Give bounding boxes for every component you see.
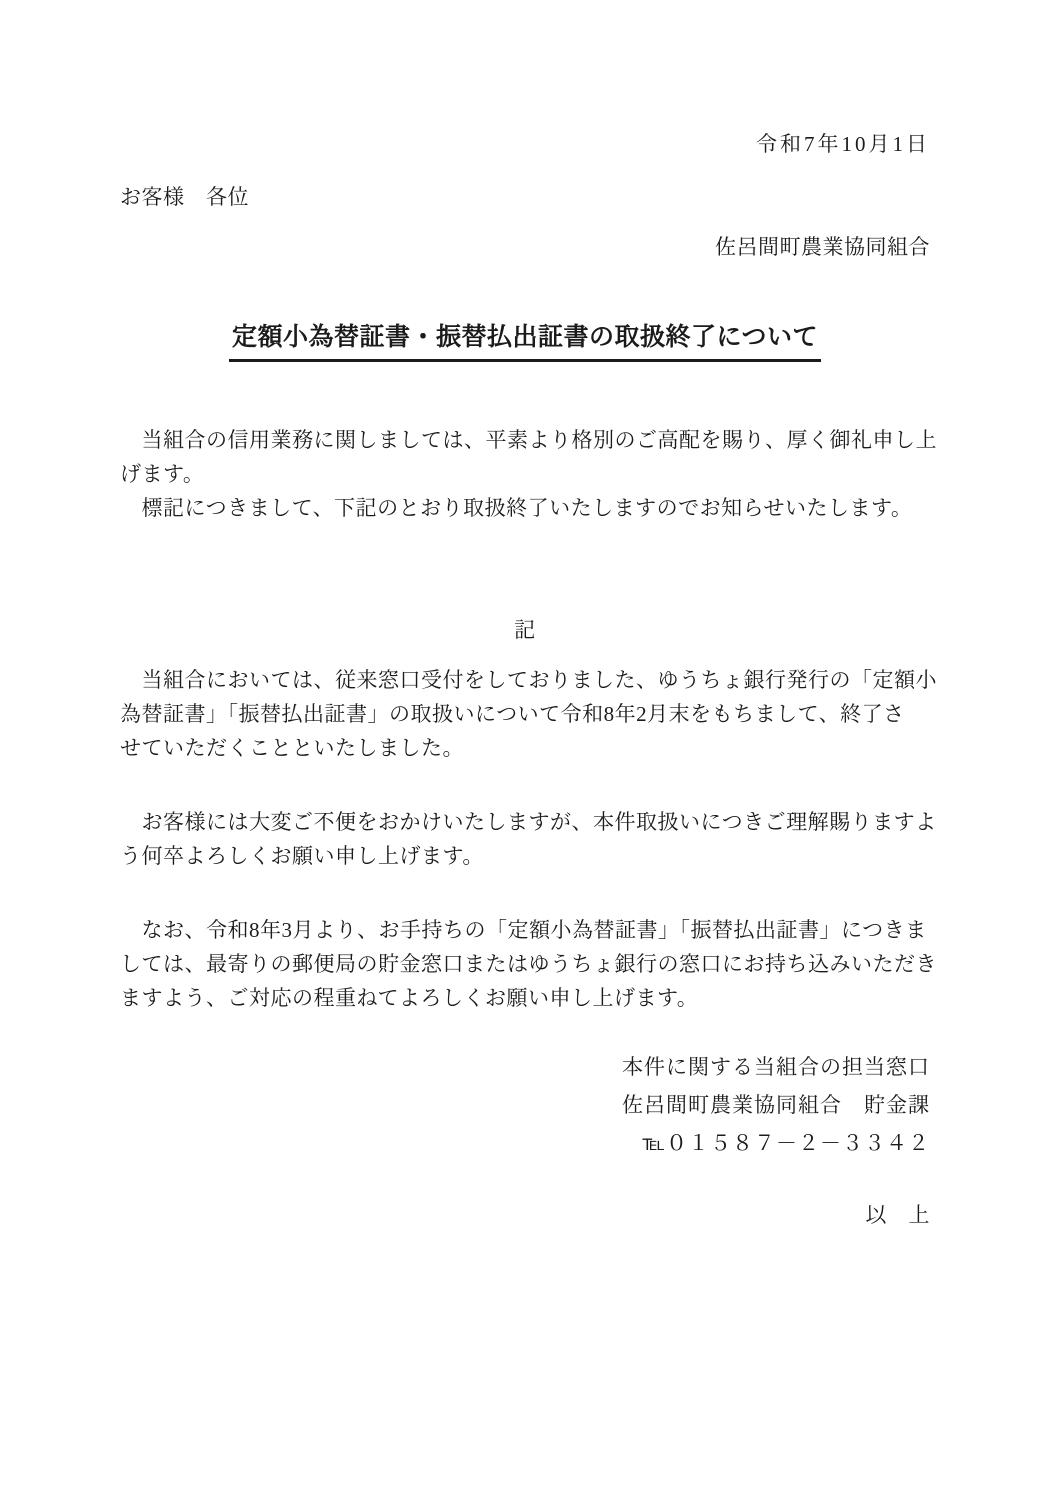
contact-phone-line: ℡０１５８７－２－３３４２ (622, 1124, 930, 1162)
paragraph-line: お客様には大変ご不便をおかけいたしますが、本件取扱いにつきご理解賜りますよ (120, 805, 960, 839)
paragraph-line: げます。 (120, 457, 960, 491)
recipient-line: お客様 各位 (120, 180, 249, 214)
title-wrap: 定額小為替証書・振替払出証書の取扱終了について (120, 323, 930, 362)
paragraph-line: なお、令和8年3月より、お手持ちの「定額小為替証書」「振替払出証書」につきま (120, 913, 960, 947)
paragraph-line: 当組合の信用業務に関しましては、平素より格別のご高配を賜り、厚く御礼申し上 (120, 423, 960, 457)
intro-paragraph: 当組合の信用業務に関しましては、平素より格別のご高配を賜り、厚く御礼申し上 げま… (120, 423, 960, 525)
contact-department-line: 本件に関する当組合の担当窓口 (622, 1048, 930, 1086)
paragraph-line: 当組合においては、従来窓口受付をしておりました、ゆうちょ銀行発行の「定額小 (120, 663, 960, 697)
notice-paragraph: 当組合においては、従来窓口受付をしておりました、ゆうちょ銀行発行の「定額小 為替… (120, 663, 960, 765)
apology-paragraph: お客様には大変ご不便をおかけいたしますが、本件取扱いにつきご理解賜りますよ う何… (120, 805, 960, 873)
document-page: 令和7年10月1日 お客様 各位 佐呂間町農業協同組合 定額小為替証書・振替払出… (0, 0, 1058, 1497)
paragraph-line: せていただくことといたしました。 (120, 731, 960, 765)
sender-line: 佐呂間町農業協同組合 (715, 230, 930, 264)
contact-block: 本件に関する当組合の担当窓口 佐呂間町農業協同組合 貯金課 ℡０１５８７－２－３… (622, 1048, 930, 1162)
notice-title: 定額小為替証書・振替払出証書の取扱終了について (229, 323, 821, 362)
section-marker: 記 (120, 613, 930, 647)
paragraph-line: う何卒よろしくお願い申し上げます。 (120, 839, 960, 873)
contact-organization-line: 佐呂間町農業協同組合 貯金課 (622, 1086, 930, 1124)
closing-line: 以 上 (866, 1198, 931, 1232)
paragraph-line: 標記につきまして、下記のとおり取扱終了いたしますのでお知らせいたします。 (120, 491, 960, 525)
paragraph-line: しては、最寄りの郵便局の貯金窓口またはゆうちょ銀行の窓口にお持ち込みいただき (120, 947, 960, 981)
paragraph-line: ますよう、ご対応の程重ねてよろしくお願い申し上げます。 (120, 981, 960, 1015)
guidance-paragraph: なお、令和8年3月より、お手持ちの「定額小為替証書」「振替払出証書」につきま し… (120, 913, 960, 1015)
paragraph-line: 為替証書」「振替払出証書」の取扱いについて令和8年2月末をもちまして、終了さ (120, 697, 960, 731)
date-line: 令和7年10月1日 (756, 127, 930, 161)
